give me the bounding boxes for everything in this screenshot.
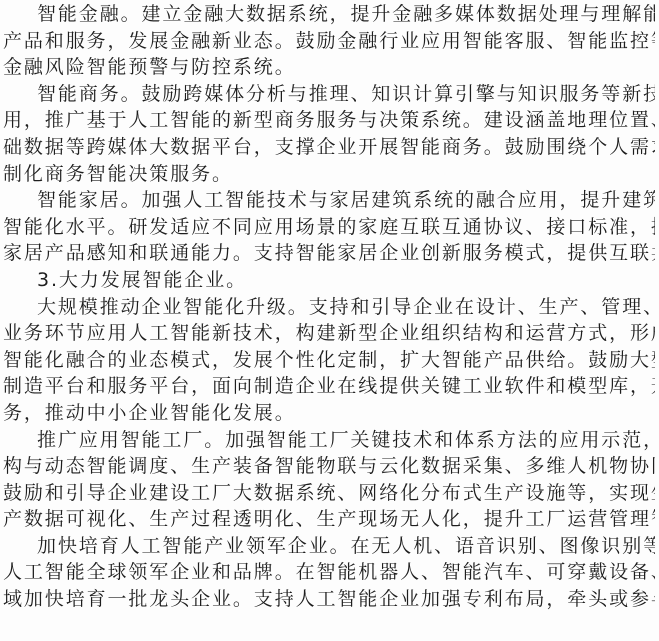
text-line: 产数据可视化、生产过程透明化、生产现场无人化，提升工厂运营管理智能化水平。 [3,506,655,533]
text-line: 智能家居。加强人工智能技术与家居建筑系统的融合应用，提升建筑设备及家居产品的 [3,187,655,214]
text-line: 智能化水平。研发适应不同应用场景的家庭互联互通协议、接口标准，提升家电、耐用品等 [3,214,655,241]
paragraph-smart-commerce: 智能商务。鼓励跨媒体分析与推理、知识计算引擎与知识服务等新技术在商务领域应 用，… [3,81,659,187]
text-line: 大规模推动企业智能化升级。支持和引导企业在设计、生产、管理、物流和营销等核心 [3,294,655,321]
paragraph-smart-finance: 智能金融。建立金融大数据系统，提升金融多媒体数据处理与理解能力。创新智能金融 产… [3,1,659,81]
text-line: 推广应用智能工厂。加强智能工厂关键技术和体系方法的应用示范，重点推广生产线重 [3,427,655,454]
text-line: 产品和服务，发展金融新业态。鼓励金融行业应用智能客服、智能监控等技术和装备。建立 [3,28,655,55]
text-line: 智能化融合的业态模式，发展个性化定制，扩大智能产品供给。鼓励大型互联网企业建设云 [3,347,655,374]
text-line: 加快培育人工智能产业领军企业。在无人机、语音识别、图像识别等优势领域加快打造 [3,533,655,560]
section-heading: 3.大力发展智能企业。 [3,267,659,294]
text-line: 制造平台和服务平台，面向制造企业在线提供关键工业软件和模型库，开展制造能力外包服 [3,373,655,400]
paragraph-leading-enterprises: 加快培育人工智能产业领军企业。在无人机、语音识别、图像识别等优势领域加快打造 人… [3,533,659,613]
text-line: 家居产品感知和联通能力。支持智能家居企业创新服务模式，提供互联共享解决方案。 [3,240,655,267]
text-line: 务，推动中小企业智能化发展。 [3,400,655,427]
text-line: 业务环节应用人工智能新技术，构建新型企业组织结构和运营方式，形成制造与服务、金融 [3,320,655,347]
text-line: 鼓励和引导企业建设工厂大数据系统、网络化分布式生产设施等，实现生产设备网络化、生 [3,480,655,507]
text-line: 人工智能全球领军企业和品牌。在智能机器人、智能汽车、可穿戴设备、虚拟现实等新兴领 [3,559,655,586]
text-line: 金融风险智能预警与防控系统。 [3,54,655,81]
paragraph-smart-factory: 推广应用智能工厂。加强智能工厂关键技术和体系方法的应用示范，重点推广生产线重 构… [3,427,659,533]
document-page: 智能金融。建立金融大数据系统，提升金融多媒体数据处理与理解能力。创新智能金融 产… [0,0,659,641]
text-line: 域加快培育一批龙头企业。支持人工智能企业加强专利布局，牵头或参与国际标准制定。推 [3,586,655,613]
heading-line: 3.大力发展智能企业。 [3,267,655,294]
text-line: 构与动态智能调度、生产装备智能物联与云化数据采集、多维人机物协同与互操作等技术， [3,453,655,480]
text-line: 础数据等跨媒体大数据平台，支撑企业开展智能商务。鼓励围绕个人需求、企业管理提供定 [3,134,655,161]
paragraph-enterprise-upgrade: 大规模推动企业智能化升级。支持和引导企业在设计、生产、管理、物流和营销等核心 业… [3,294,659,427]
text-line: 用，推广基于人工智能的新型商务服务与决策系统。建设涵盖地理位置、网络媒体和城市基 [3,107,655,134]
text-line: 智能金融。建立金融大数据系统，提升金融多媒体数据处理与理解能力。创新智能金融 [3,1,655,28]
text-line: 智能商务。鼓励跨媒体分析与推理、知识计算引擎与知识服务等新技术在商务领域应 [3,81,655,108]
paragraph-smart-home: 智能家居。加强人工智能技术与家居建筑系统的融合应用，提升建筑设备及家居产品的 智… [3,187,659,267]
text-line: 制化商务智能决策服务。 [3,161,655,188]
